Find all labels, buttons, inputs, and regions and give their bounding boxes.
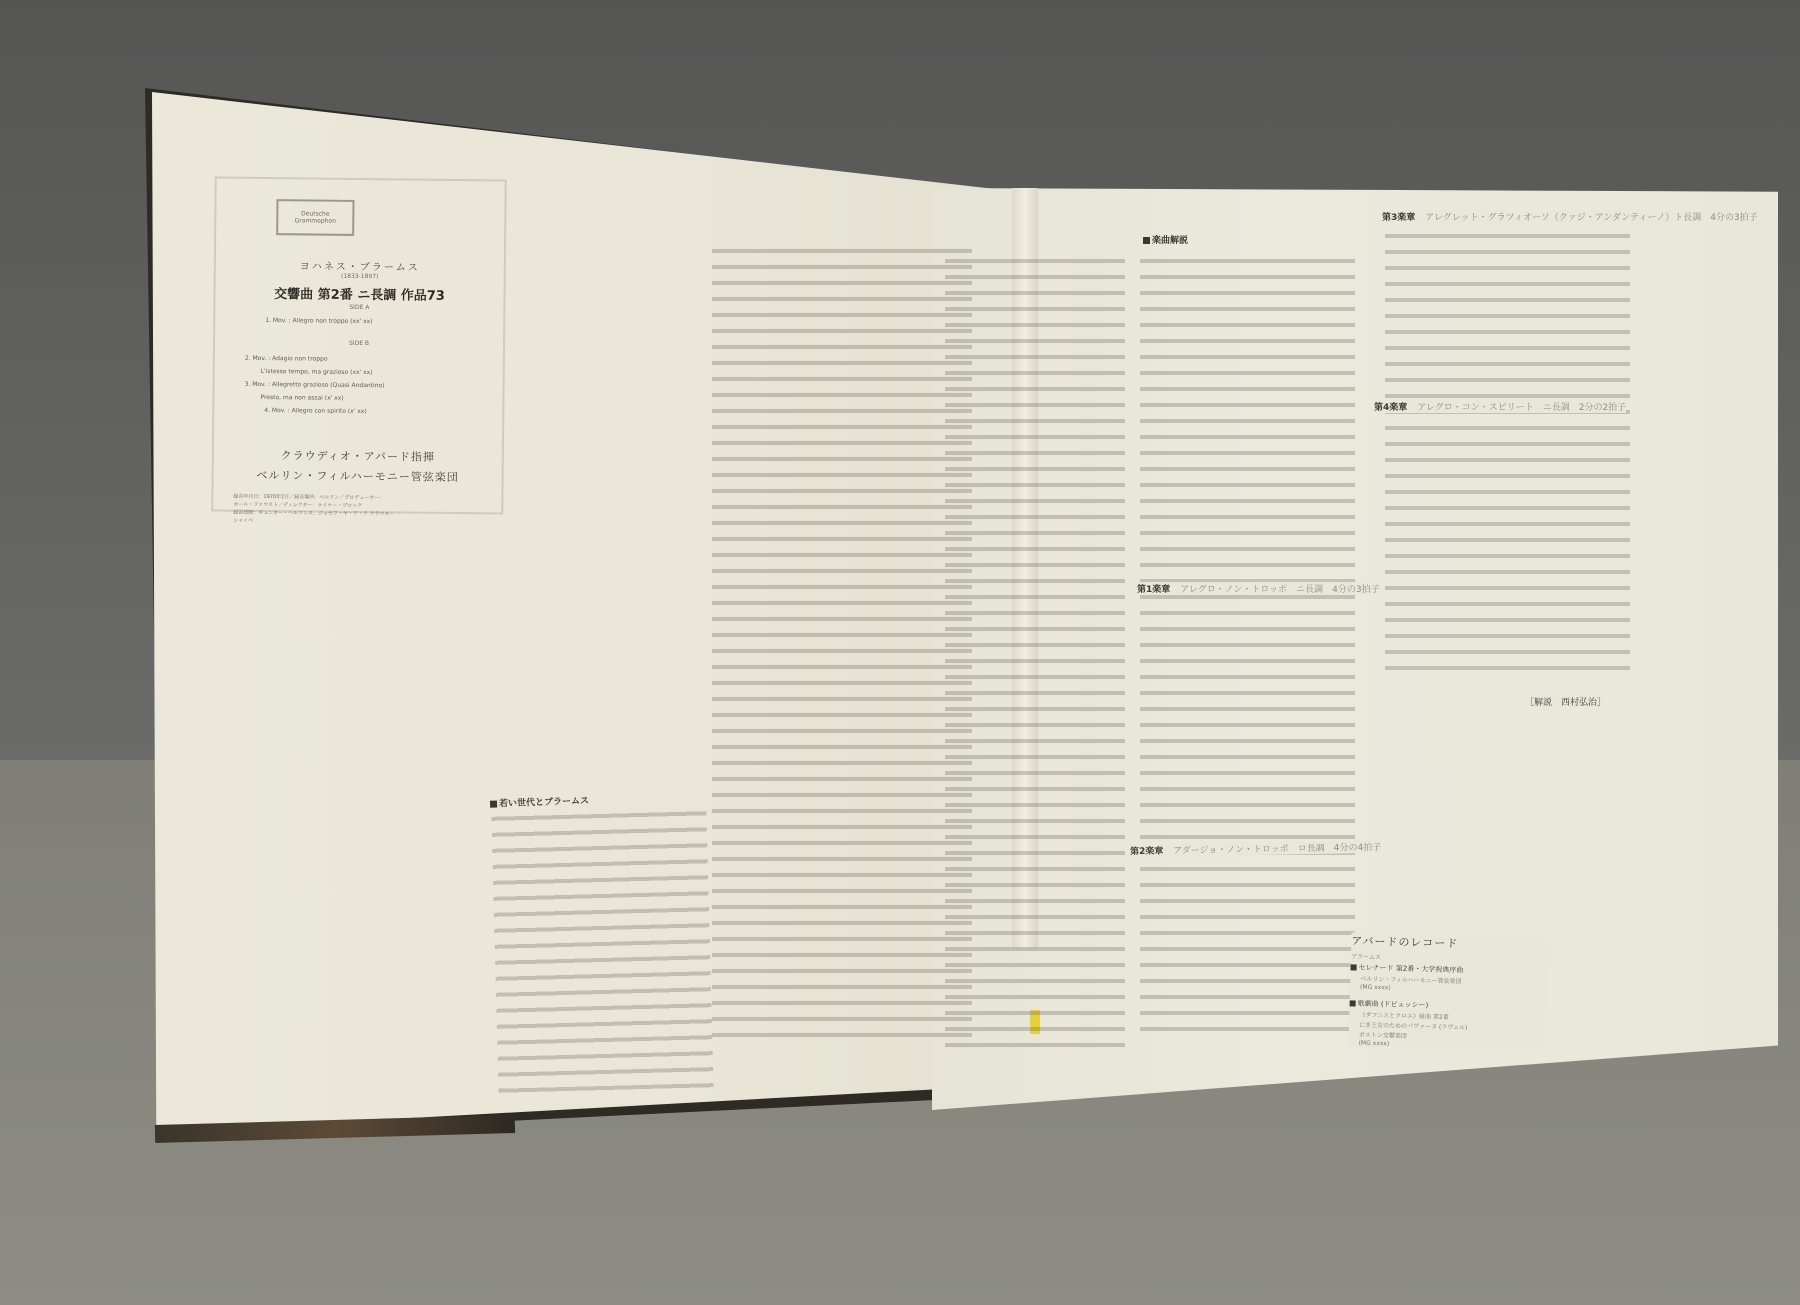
track-listing-card: Deutsche Grammophon ヨハネス・ブラームス (1833-189… (211, 176, 506, 514)
section-heading: 第1楽章アレグロ・ノン・トロッポ ニ長調 4分の3拍子 (1137, 582, 1380, 595)
track-item: 4. Mov. : Allegro con spirito (x' xx) (264, 407, 366, 415)
orchestra-credit: ベルリン・フィルハーモニー管弦楽団 (214, 466, 502, 485)
annotator-credit: ［解説 西村弘治］ (1525, 695, 1606, 708)
right-column-2 (1140, 250, 1355, 1040)
deutsche-grammophon-logo-icon: Deutsche Grammophon (276, 199, 354, 236)
right-column-3 (1385, 225, 1630, 675)
section-heading: 第3楽章アレグレット・グラツィオーソ（クァジ・アンダンティーノ）ト長調 4分の3… (1382, 210, 1758, 223)
recording-credits: 録音年月日：1970年2月／録音場所：ベルリン／プロデューサー： カール・ファウ… (233, 493, 483, 528)
abbado-records-list: アバードのレコード ブラームス セレナード 第2番・大学祝典序曲 ベルリン・フィ… (1349, 932, 1552, 1051)
bullet-square-icon (1350, 1000, 1356, 1006)
track-item: 1. Mov. : Allegro non troppo (xx' xx) (265, 317, 372, 325)
essay-column-right (712, 240, 972, 1040)
track-item: L'istesso tempo, ma grazioso (xx' xx) (261, 368, 373, 376)
track-item: 3. Mov. : Allegretto grazioso (Quasi And… (245, 381, 385, 389)
side-b-label: SIDE B (215, 338, 503, 348)
bullet-square-icon (490, 800, 497, 807)
track-item: Presto, ma non assai (x' xx) (260, 394, 343, 402)
track-item: 2. Mov. : Adagio non troppo (245, 355, 328, 363)
section-heading: 楽曲解説 (1143, 233, 1188, 246)
essay-column-left (491, 802, 714, 1103)
bullet-square-icon (1143, 237, 1150, 244)
work-title: 交響曲 第2番 ニ長調 作品73 (215, 282, 503, 304)
bullet-square-icon (1351, 964, 1357, 970)
conductor-credit: クラウディオ・アバード指揮 (214, 446, 502, 465)
right-column-1 (945, 250, 1125, 1050)
section-heading: 第4楽章アレグロ・コン・スピリート ニ長調 2分の2拍子 (1374, 400, 1626, 413)
